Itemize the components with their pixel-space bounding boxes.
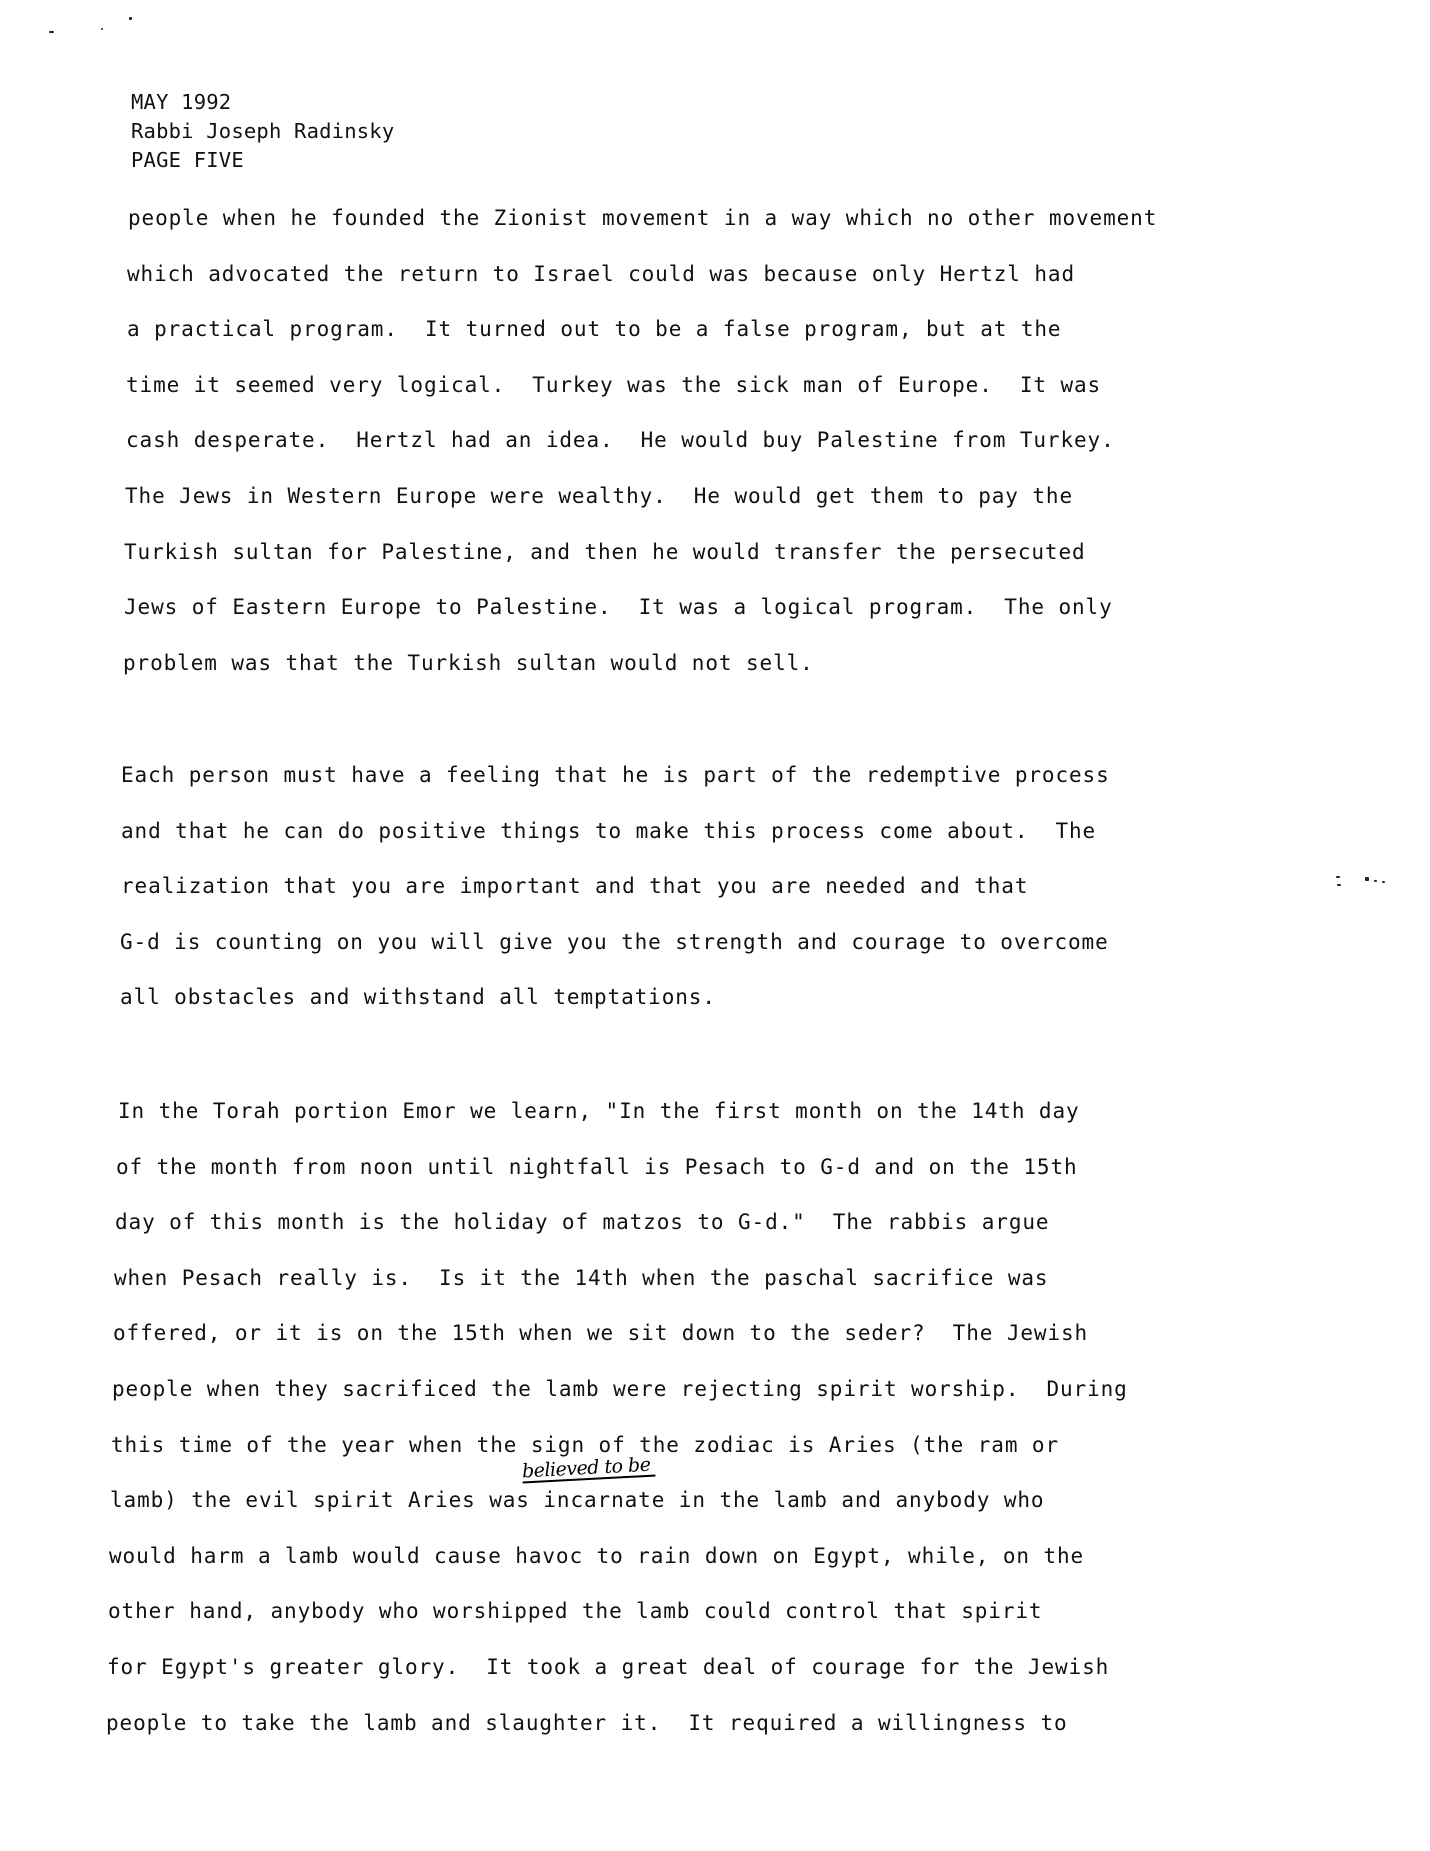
scan-speck <box>1365 877 1369 881</box>
text-line: offered, or it is on the 15th when we si… <box>113 1320 1088 1346</box>
header-author: Rabbi Joseph Radinsky <box>131 117 394 146</box>
text-line: problem was that the Turkish sultan woul… <box>123 650 814 676</box>
text-line: G-d is counting on you will give you the… <box>120 929 1109 955</box>
scan-speck <box>1382 881 1385 883</box>
text-line: of the month from noon until nightfall i… <box>116 1154 1078 1180</box>
text-line: this time of the year when the sign of t… <box>111 1432 1059 1458</box>
text-line: The Jews in Western Europe were wealthy.… <box>125 483 1073 509</box>
text-line: time it seemed very logical. Turkey was … <box>126 372 1101 398</box>
handwritten-annotation: believed to be <box>522 1455 655 1484</box>
text-line: people when they sacrificed the lamb wer… <box>112 1376 1128 1402</box>
text-line: Turkish sultan for Palestine, and then h… <box>124 539 1086 565</box>
text-line: lamb) the evil spirit Aries was incarnat… <box>110 1487 1044 1513</box>
text-line: would harm a lamb would cause havoc to r… <box>109 1543 1084 1569</box>
text-line: realization that you are important and t… <box>121 873 1028 899</box>
scan-speck <box>129 17 132 20</box>
text-line: Jews of Eastern Europe to Palestine. It … <box>124 594 1113 620</box>
text-line: other hand, anybody who worshipped the l… <box>108 1598 1042 1624</box>
header-date: MAY 1992 <box>131 88 394 117</box>
text-line: day of this month is the holiday of matz… <box>115 1209 1049 1235</box>
scan-speck <box>1337 884 1341 886</box>
document-page: MAY 1992 Rabbi Joseph Radinsky PAGE FIVE… <box>0 0 1430 1851</box>
text-line: cash desperate. Hertzl had an idea. He w… <box>126 427 1115 453</box>
scan-speck <box>1374 880 1377 882</box>
scan-speck <box>49 31 54 33</box>
text-line: people when he founded the Zionist movem… <box>128 205 1157 231</box>
text-line: for Egypt's greater glory. It took a gre… <box>107 1654 1109 1680</box>
text-line: people to take the lamb and slaughter it… <box>106 1710 1068 1736</box>
text-line: In the Torah portion Emor we learn, "In … <box>118 1098 1080 1124</box>
header-page-label: PAGE FIVE <box>131 146 394 175</box>
scan-speck <box>101 28 103 30</box>
text-line: and that he can do positive things to ma… <box>121 818 1096 844</box>
text-line: which advocated the return to Israel cou… <box>127 261 1075 287</box>
text-line: Each person must have a feeling that he … <box>121 762 1110 788</box>
text-line: all obstacles and withstand all temptati… <box>120 984 716 1010</box>
document-header: MAY 1992 Rabbi Joseph Radinsky PAGE FIVE <box>131 88 394 175</box>
text-line: a practical program. It turned out to be… <box>127 316 1061 342</box>
text-line: when Pesach really is. Is it the 14th wh… <box>114 1265 1048 1291</box>
scan-speck <box>1336 876 1340 878</box>
